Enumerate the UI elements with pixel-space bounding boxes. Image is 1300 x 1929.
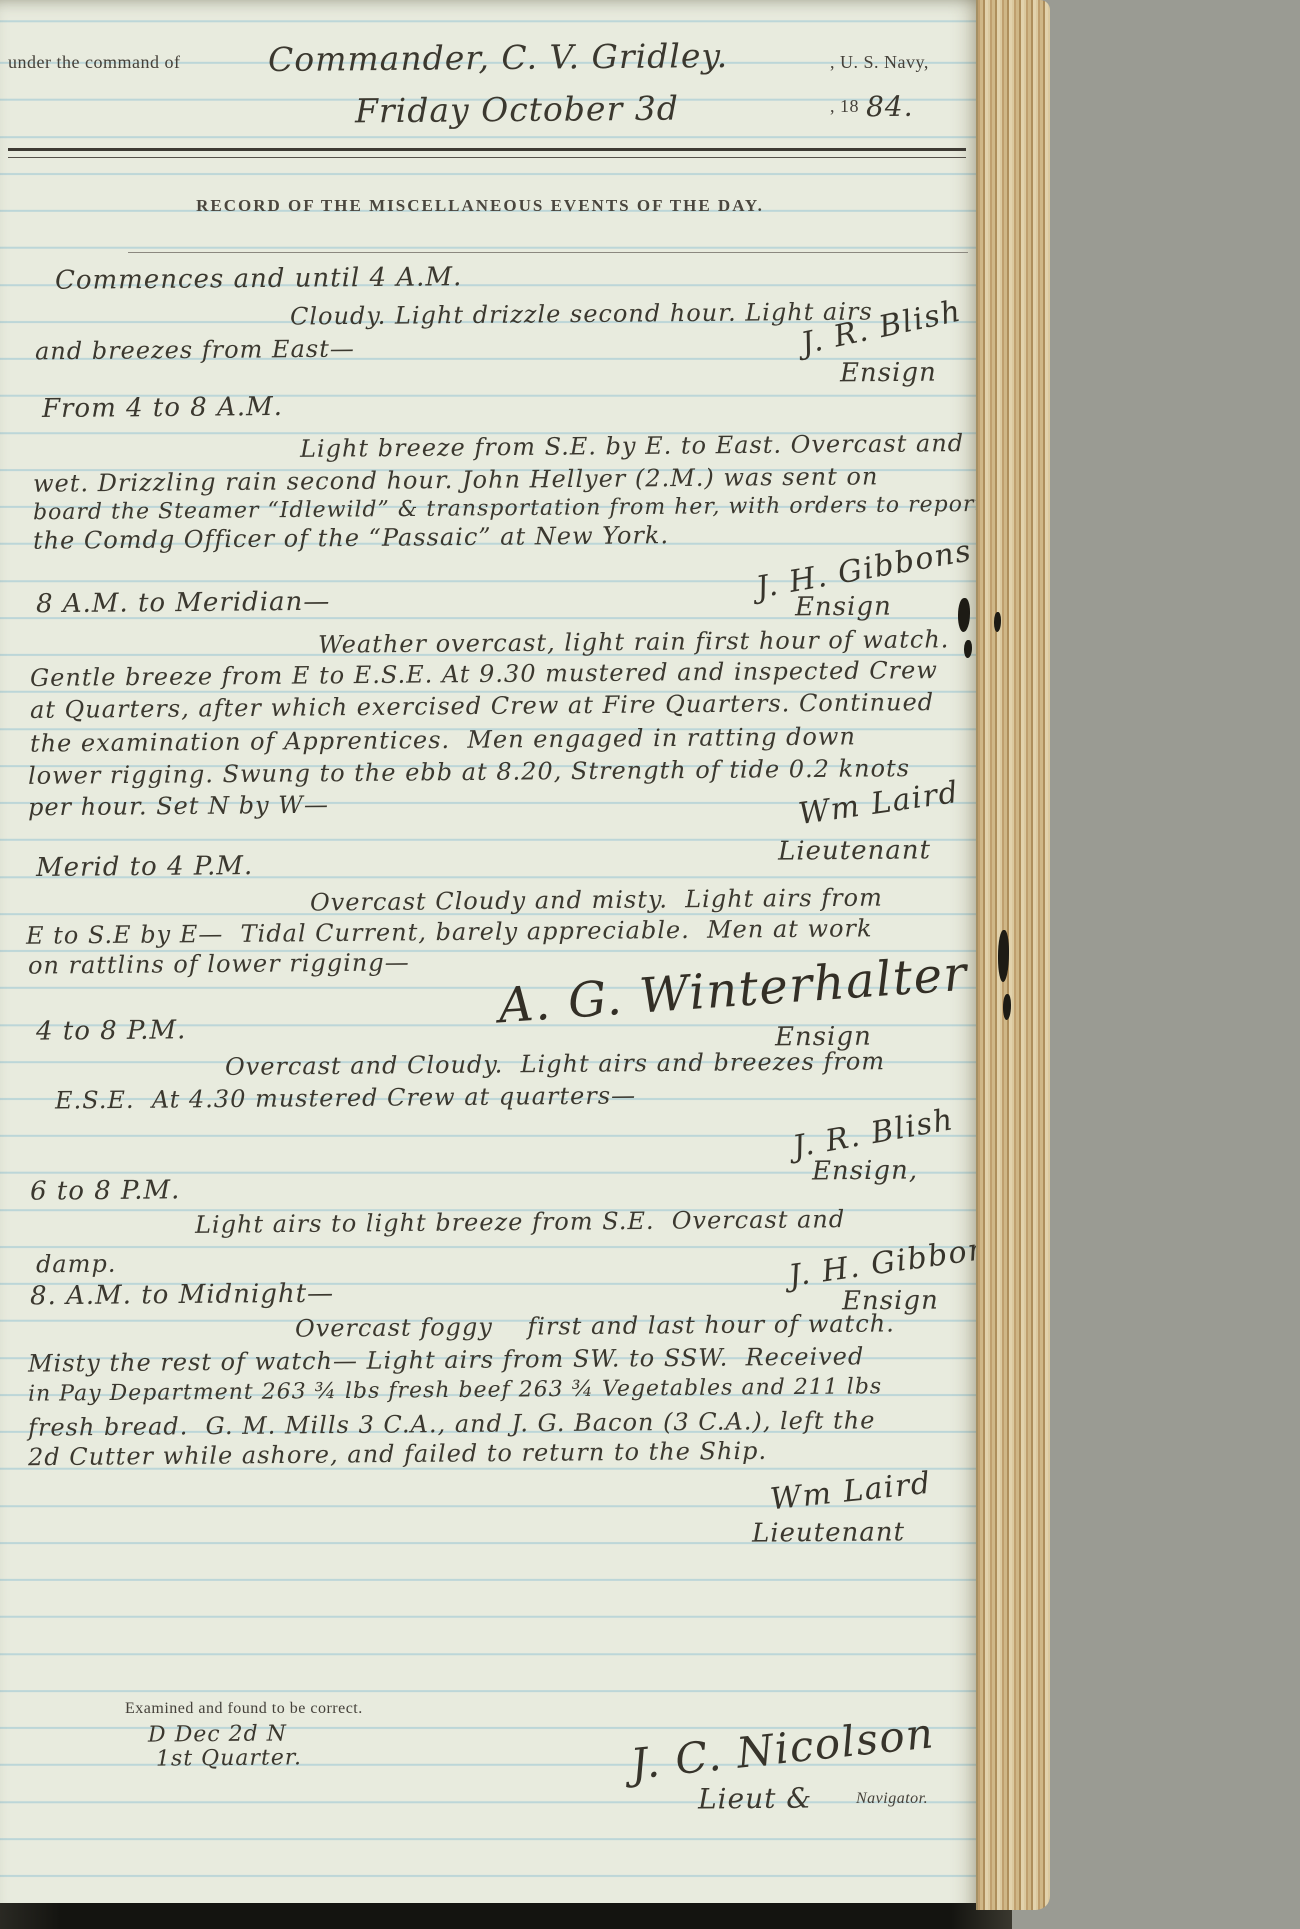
entry-7-signature: Wm Laird — [769, 1466, 934, 1518]
entry-1-line-1: Cloudy. Light drizzle second hour. Light… — [290, 297, 873, 330]
entry-3-line-1: Weather overcast, light rain first hour … — [318, 625, 950, 659]
ink-blot — [958, 598, 970, 632]
entry-4-line-1: Overcast Cloudy and misty. Light airs fr… — [310, 884, 883, 917]
entry-3-rank: Lieutenant — [778, 835, 931, 866]
ink-blot — [998, 930, 1009, 982]
entry-2-line-2: wet. Drizzling rain second hour. John He… — [33, 462, 879, 497]
page-title: RECORD OF THE MISCELLANEOUS EVENTS OF TH… — [130, 196, 830, 216]
entries-top-rule — [128, 252, 968, 253]
entry-7-line-3: in Pay Department 263 ¾ lbs fresh beef 2… — [28, 1374, 882, 1406]
entry-2-line-3: board the Steamer “Idlewild” & transport… — [33, 492, 1017, 526]
entry-7-line-1: Overcast foggy first and last hour of wa… — [295, 1309, 895, 1342]
entry-6-signature: J. H. Gibbons — [787, 1229, 1008, 1294]
entry-3-line-4: the examination of Apprentices. Men enga… — [30, 722, 856, 757]
entry-1-line-2: and breezes from East— — [35, 335, 355, 366]
entry-5-heading: 4 to 8 P.M. — [36, 1015, 187, 1046]
entry-3-heading: 8 A.M. to Meridian— — [36, 587, 331, 620]
entry-3-line-2: Gentle breeze from E to E.S.E. At 9.30 m… — [30, 656, 938, 692]
entry-6-line-1: Light airs to light breeze from S.E. Ove… — [195, 1205, 845, 1239]
entry-2-line-4: the Comdg Officer of the “Passaic” at Ne… — [33, 521, 669, 555]
entry-1-rank: Ensign — [840, 358, 937, 389]
printed-navy-label: , U. S. Navy, — [830, 52, 929, 73]
navigator-rank: Lieut & — [698, 1782, 813, 1816]
entry-4-heading: Merid to 4 P.M. — [36, 851, 253, 883]
examined-label: Examined and found to be correct. — [125, 1700, 363, 1718]
entry-4-line-2: E to S.E by E— Tidal Current, barely app… — [26, 914, 873, 949]
date-line-handwritten: Friday October 3d — [355, 89, 679, 131]
printed-navigator-label: Navigator. — [856, 1790, 928, 1808]
ink-blot — [964, 640, 972, 658]
entry-5-line-2: E.S.E. At 4.30 mustered Crew at quarters… — [55, 1081, 636, 1114]
entry-5-rank: Ensign, — [812, 1156, 918, 1187]
ink-blot — [994, 612, 1001, 632]
commander-name-handwritten: Commander, C. V. Gridley. — [268, 36, 728, 79]
footer-note-1: D Dec 2d N — [148, 1721, 287, 1747]
entry-4-line-3: on rattlins of lower rigging— — [28, 948, 410, 979]
book-fore-edge — [976, 0, 1050, 1910]
entry-7-line-2: Misty the rest of watch— Light airs from… — [28, 1342, 865, 1377]
entry-3-signature: Wm Laird — [796, 775, 961, 832]
entry-6-heading: 6 to 8 P.M. — [30, 1175, 181, 1206]
entry-5-line-1: Overcast and Cloudy. Light airs and bree… — [225, 1047, 885, 1081]
entry-2-heading: From 4 to 8 A.M. — [42, 392, 283, 424]
entry-2-line-1: Light breeze from S.E. by E. to East. Ov… — [300, 429, 964, 463]
ink-blot — [1003, 994, 1011, 1020]
year-handwritten: 84. — [866, 90, 914, 123]
bottom-edge-band — [0, 1903, 1012, 1929]
entry-1-heading: Commences and until 4 A.M. — [55, 262, 463, 296]
entry-2-rank: Ensign — [795, 592, 892, 623]
entry-7-rank: Lieutenant — [752, 1517, 905, 1548]
printed-year-prefix: , 18 — [830, 96, 859, 117]
header-double-rule — [8, 148, 966, 158]
entry-3-line-5: lower rigging. Swung to the ebb at 8.20,… — [28, 754, 910, 790]
printed-command-label: under the command of — [8, 52, 180, 73]
entry-3-line-3: at Quarters, after which exercised Crew … — [30, 688, 934, 724]
entry-4-signature: A. G. Winterhalter — [497, 946, 970, 1035]
navigator-signature: J. C. Nicolson — [628, 1708, 936, 1789]
logbook-page: under the command of Commander, C. V. Gr… — [0, 0, 976, 1929]
entry-3-line-6: per hour. Set N by W— — [28, 791, 329, 822]
entry-6-line-2: damp. — [36, 1250, 117, 1279]
footer-note-2: 1st Quarter. — [156, 1745, 302, 1771]
logbook-spread: under the command of Commander, C. V. Gr… — [0, 0, 1300, 1929]
entry-7-line-5: 2d Cutter while ashore, and failed to re… — [28, 1437, 767, 1471]
entry-7-heading: 8. A.M. to Midnight— — [30, 1279, 334, 1312]
